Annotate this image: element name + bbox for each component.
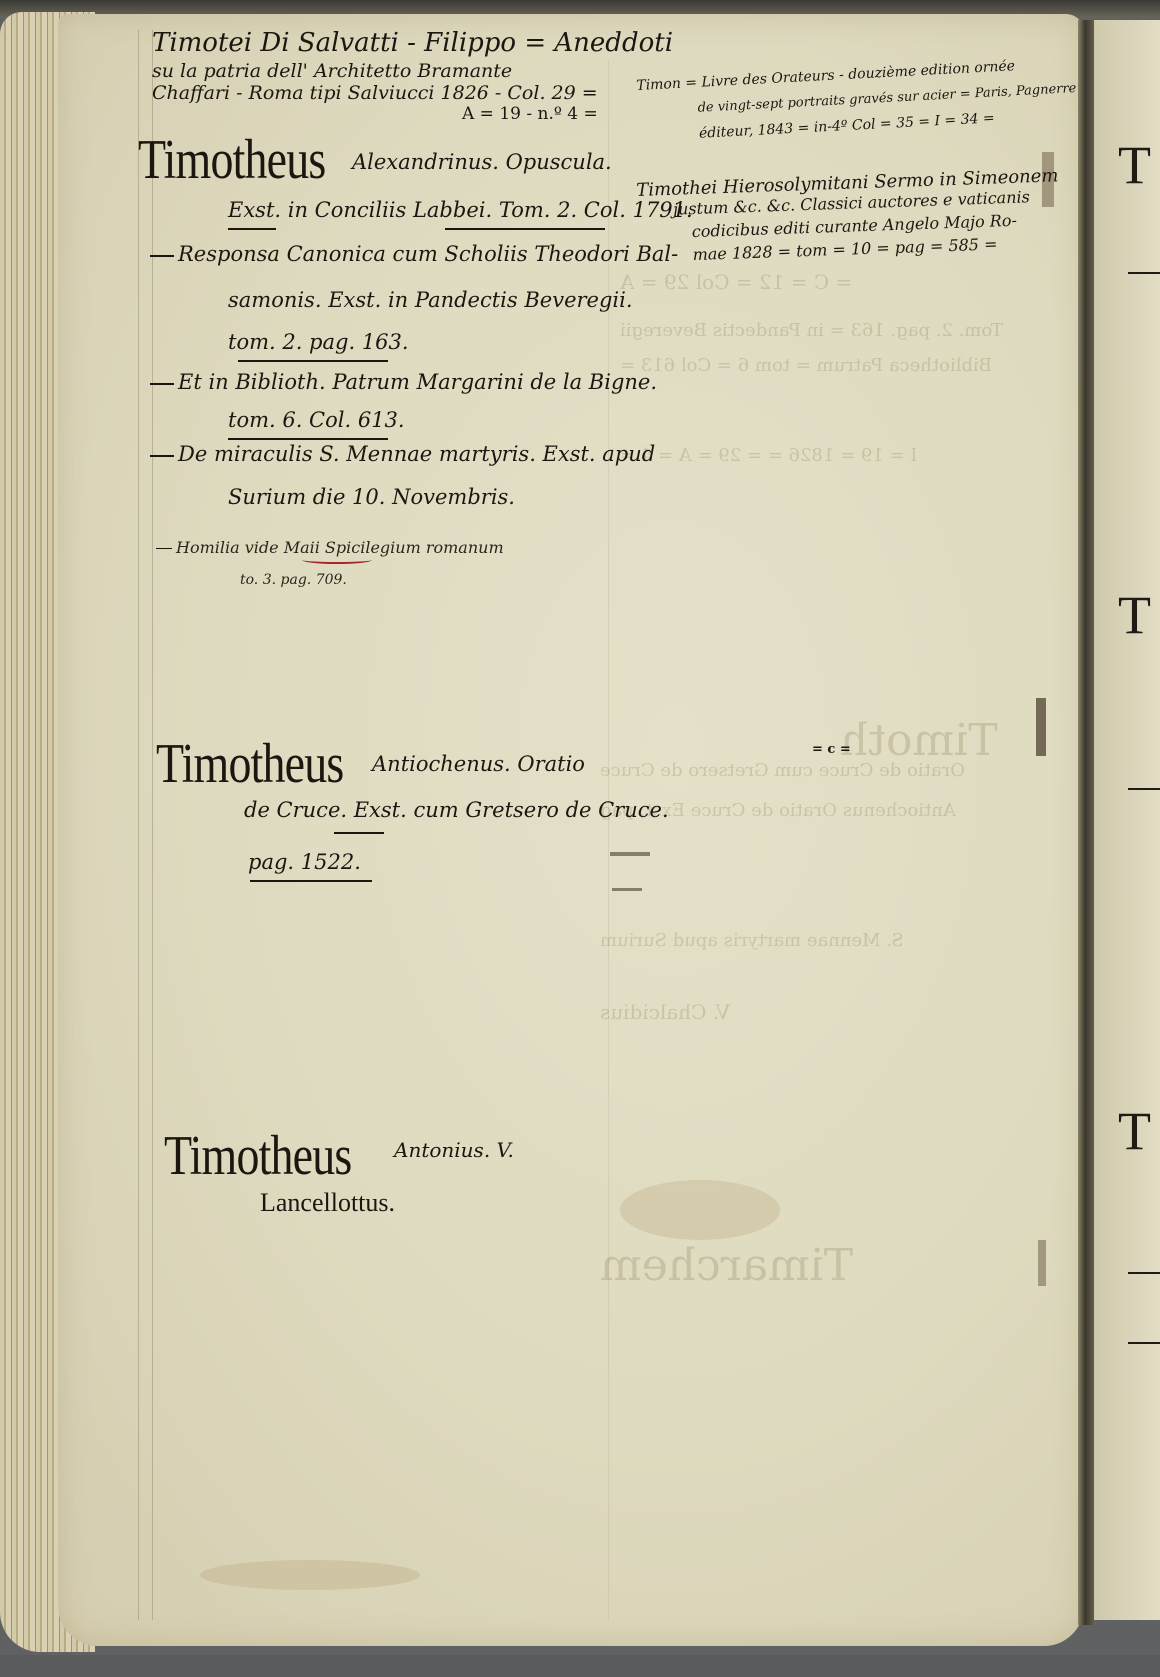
facing-page-dash: [1128, 788, 1160, 790]
subentry-responsa: Responsa Canonica cum Scholiis Theodori …: [150, 242, 678, 266]
manuscript-scan: = C = 12 = Col 29 = A Tom. 2. pag. 163 =…: [0, 0, 1160, 1677]
bleed-through-mark: [1036, 698, 1046, 756]
dash-mark: [156, 548, 172, 549]
top-note-line: Timotei Di Salvatti - Filippo = Aneddoti: [152, 28, 622, 58]
entry-line: De miraculis S. Mennae martyris. Exst. a…: [178, 442, 655, 466]
entry-heading: Timotheus: [164, 1124, 351, 1188]
paper-stain: [200, 1560, 420, 1590]
bleed-through-text: Bibliotheca Patrum = tom 6 = Col 613 =: [620, 355, 992, 376]
red-underline: [302, 556, 372, 564]
facing-page-dash: [1128, 1342, 1160, 1344]
dash-mark: [150, 255, 174, 257]
facing-page-initial: T: [1118, 134, 1151, 196]
dash-mark: [150, 455, 174, 457]
bleed-through-text: Timoth: [840, 715, 998, 766]
margin-mark: = c =: [812, 742, 851, 757]
margin-rule: [138, 30, 139, 1620]
entry-line: to. 3. pag. 709.: [240, 572, 347, 588]
bleed-through-text: I = 19 = 1826 = = 29 = A = 4 =: [620, 445, 917, 466]
entry-line: tom. 2. pag. 163.: [228, 330, 409, 354]
facing-page-strip: [1094, 20, 1160, 1620]
entry-line: Lancellottus.: [260, 1188, 395, 1218]
dash-mark: [150, 383, 174, 385]
bleed-through-text: Timarchem: [600, 1240, 853, 1291]
top-note-line: A = 19 - n.º 4 =: [462, 104, 622, 124]
underline: [445, 228, 605, 230]
entry-line: tom. 6. Col. 613.: [228, 408, 405, 432]
entry-line: Responsa Canonica cum Scholiis Theodori …: [178, 242, 678, 266]
ink-speck: [610, 852, 650, 856]
paper-stain: [620, 1180, 780, 1240]
entry-heading: Timotheus: [156, 732, 343, 796]
underline: [228, 438, 388, 440]
entry-line: de Cruce. Exst. cum Gretsero de Cruce.: [244, 798, 669, 822]
margin-rule: [152, 30, 153, 1620]
entry-line: Exst. in Conciliis Labbei. Tom. 2. Col. …: [228, 198, 693, 222]
entry-line: Et in Biblioth. Patrum Margarini de la B…: [178, 370, 657, 394]
entry-subtitle: Antonius. V.: [394, 1138, 514, 1162]
subentry-homilia: Homilia vide Maii Spicilegium romanum: [156, 538, 504, 557]
bleed-through-text: = C = 12 = Col 29 = A: [620, 270, 852, 294]
entry-line: Surium die 10. Novembris.: [228, 485, 515, 509]
facing-page-dash: [1128, 1272, 1160, 1274]
facing-page-initial: T: [1118, 1100, 1151, 1162]
top-note-line: Chaffari - Roma tipi Salviucci 1826 - Co…: [152, 82, 622, 104]
underline: [250, 880, 372, 882]
top-note-left: Timotei Di Salvatti - Filippo = Aneddoti…: [152, 28, 622, 124]
bleed-through-text: S. Mennae martyris apud Surium: [600, 930, 904, 951]
entry-subtitle: Antiochenus. Oratio: [372, 752, 585, 776]
ink-speck: [612, 888, 642, 891]
facing-page-dash: [1128, 272, 1160, 274]
top-note-line: su la patria dell' Architetto Bramante: [152, 60, 622, 82]
entry-line: pag. 1522.: [248, 850, 361, 874]
entry-subtitle: Alexandrinus. Opuscula.: [352, 150, 612, 174]
bleed-through-mark: [1038, 1240, 1046, 1286]
scanner-bed: [0, 1655, 1160, 1677]
underline: [334, 832, 384, 834]
subentry-bibliotheca: Et in Biblioth. Patrum Margarini de la B…: [150, 370, 657, 394]
entry-line: samonis. Exst. in Pandectis Beveregii.: [228, 288, 633, 312]
bleed-through-text: Oratio de Cruce cum Gretsero de Cruce: [600, 760, 965, 781]
underline: [238, 360, 388, 362]
underline: [228, 228, 276, 230]
bleed-through-text: Tom. 2. pag. 163 = in Pandectis Beveregi…: [620, 320, 1003, 341]
bleed-through-text: V. Chalcidius: [600, 1000, 730, 1024]
facing-page-initial: T: [1118, 584, 1151, 646]
right-note-hierosolymitani: Timothei Hierosolymitani Sermo in Simeon…: [636, 165, 1061, 266]
entry-heading: Timotheus: [138, 128, 325, 192]
subentry-de-miraculis: De miraculis S. Mennae martyris. Exst. a…: [150, 442, 655, 466]
entry-line: Homilia vide Maii Spicilegium romanum: [176, 538, 504, 557]
